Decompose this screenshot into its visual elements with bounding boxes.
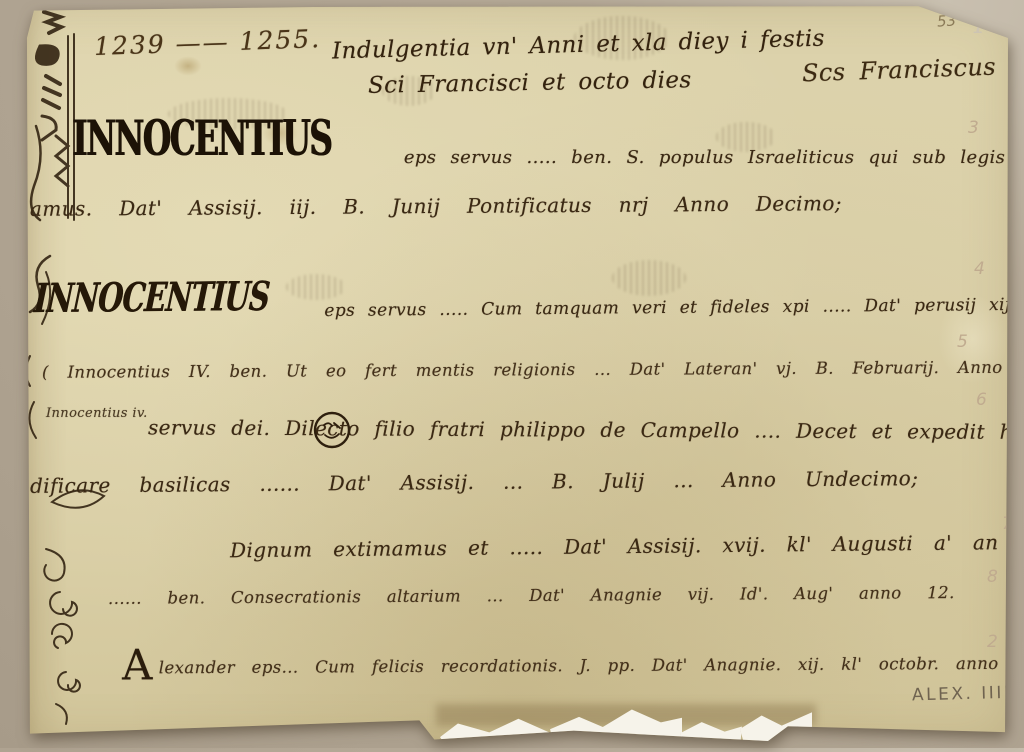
margin-number: 6 (976, 390, 987, 410)
margin-number: 8 (987, 567, 998, 587)
folio-number: 53 (936, 11, 956, 30)
margin-number: 2 (987, 632, 998, 652)
pope-name-initial: INNOCENTIUS (72, 110, 331, 167)
entry-alexander: Alexander eps... Cum felicis recordation… (122, 636, 1024, 690)
margin-number: 5 (957, 332, 968, 352)
saint-name: Scs Franciscus (802, 53, 997, 88)
attribution-label: ALEX. IIII. (912, 683, 1020, 706)
margin-number: 7 (1002, 514, 1013, 534)
pope-name-initial: INNOCENTIUS (33, 273, 271, 322)
entry-text: eps servus ..... ben. S. populus Israeli… (404, 147, 1024, 168)
alexander-initial: A (122, 640, 153, 689)
entry-innocentius-iv: ( Innocentius IV. ben. Ut eo fert mentis… (42, 357, 1024, 382)
margin-number: 3 (968, 118, 979, 138)
entry-consecrationis: ...... ben. Consecrationis altarium ... … (108, 583, 955, 608)
entry-text: lexander eps... Cum felicis recordationi… (159, 654, 1024, 678)
indulgence-title-line2: Sci Francisci et octo dies (368, 67, 692, 99)
manuscript-sheet: 1239 —— 1255. Indulgentia vn' Anni et xl… (16, 4, 1012, 744)
paper-stain (174, 56, 202, 76)
manuscript-photo: 1239 —— 1255. Indulgentia vn' Anni et xl… (0, 0, 1024, 748)
entry-innocentius-2: INNOCENTIUSeps servus ..... Cum tamquam … (36, 265, 1024, 316)
entry-text: eps servus ..... Cum tamquam veri et fid… (324, 293, 1024, 321)
margin-number: 4 (974, 259, 985, 279)
entry-dignum: Dignum extimamus et ..... Dat' Assisij. … (230, 530, 1024, 562)
entry-innocentius-1: INNOCENTIUSeps servus ..... ben. S. popu… (72, 110, 1024, 157)
margin-number: 10, (1010, 266, 1024, 286)
entry-marginal-note: Innocentius iv. (46, 406, 148, 421)
entry-innocentius-1-dateline: amus. Dat' Assisij. iij. B. Junij Pontif… (30, 191, 842, 221)
entry-campello-dateline: dificare basilicas ...... Dat' Assisij. … (30, 466, 919, 498)
indulgence-title-line1: Indulgentia vn' Anni et xla diey i festi… (332, 26, 825, 65)
circled-monogram-doodle (308, 406, 356, 454)
entry-campello: servus dei. Dilecto filio fratri philipp… (148, 415, 1024, 444)
corner-mark: F (974, 10, 992, 40)
